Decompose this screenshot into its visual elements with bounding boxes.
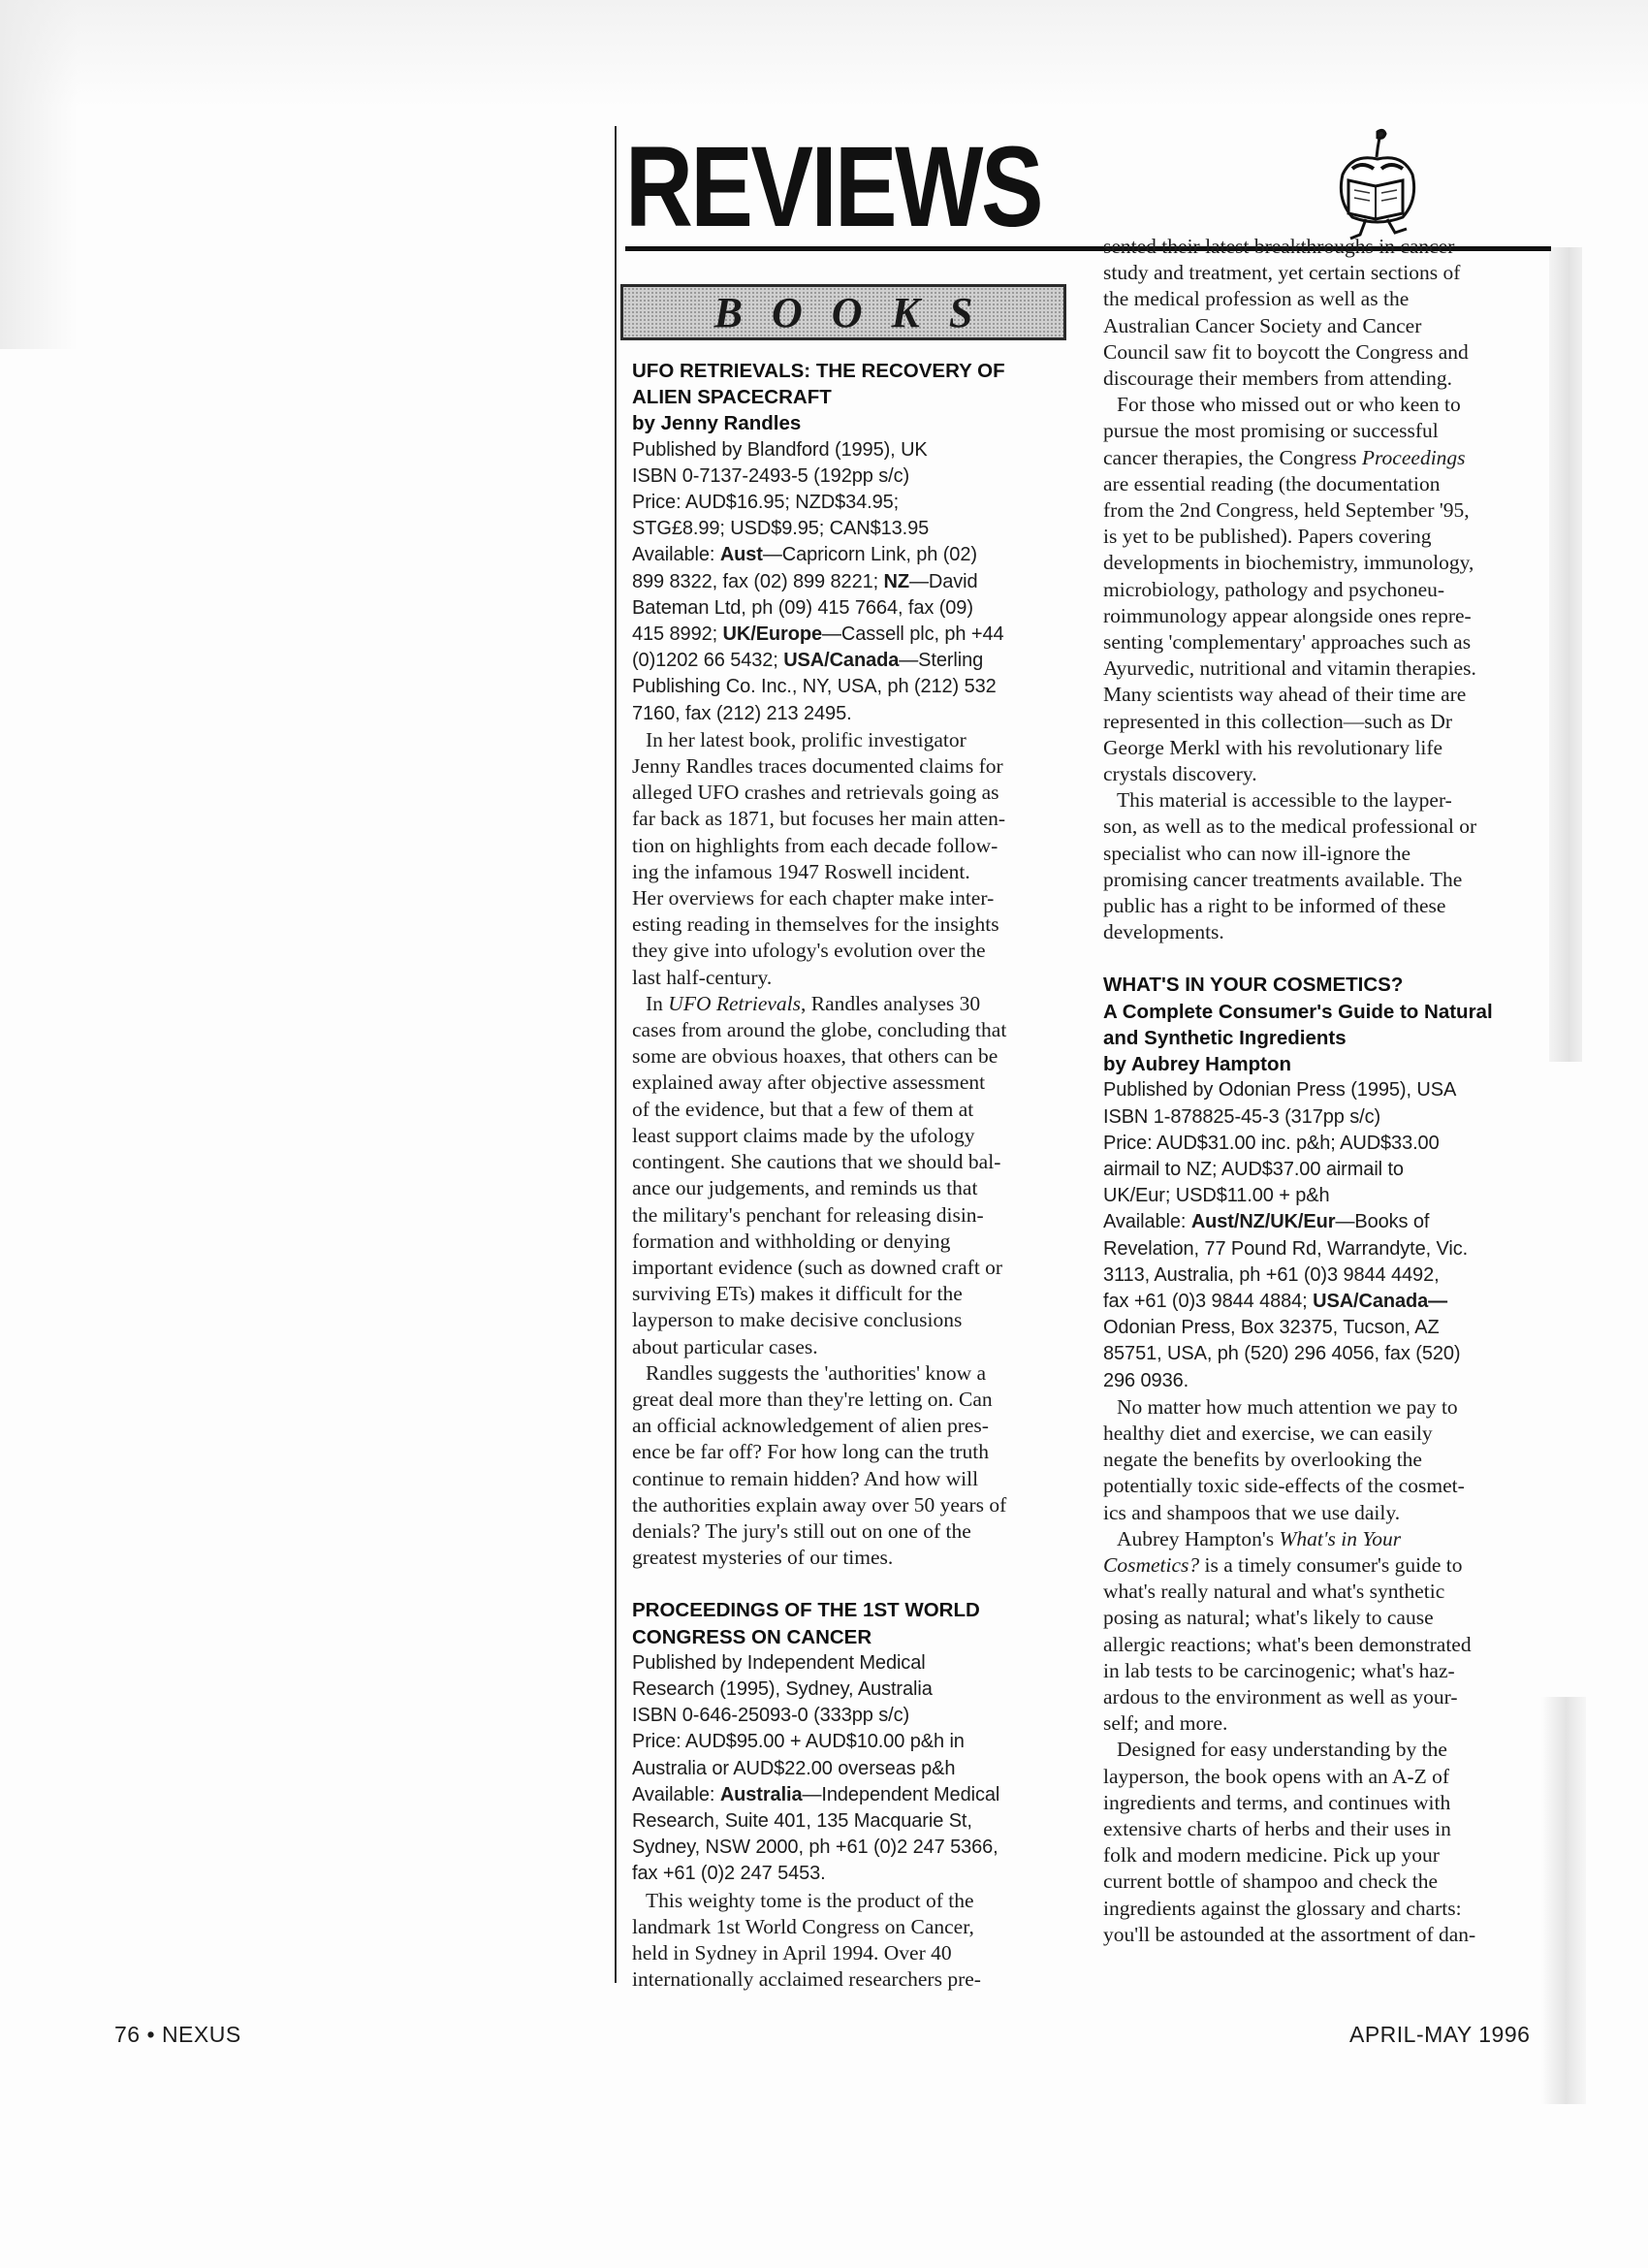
body-line: Jenny Randles traces documented claims f… <box>632 753 1083 780</box>
body-line: alleged UFO crashes and retrievals going… <box>632 780 1083 806</box>
body-text: is a timely consumer's guide to <box>1199 1553 1462 1577</box>
body-line: In UFO Retrievals, Randles analyses 30 <box>632 991 1083 1017</box>
review-body-paragraph: For those who missed out or who keen to … <box>1103 392 1554 787</box>
review-price: Price: AUD$31.00 inc. p&h; AUD$33.00 <box>1103 1131 1554 1157</box>
body-line: formation and withholding or denying <box>632 1229 1083 1255</box>
body-line: senting 'complementary' approaches such … <box>1103 629 1554 655</box>
review-subtitle: and Synthetic Ingredients <box>1103 1025 1554 1051</box>
books-banner: BOOKS <box>620 284 1066 340</box>
review-price: Price: AUD$95.00 + AUD$10.00 p&h in <box>632 1729 1083 1755</box>
review-availability: Odonian Press, Box 32375, Tucson, AZ <box>1103 1315 1554 1341</box>
review-body-paragraph: This weighty tome is the product of the … <box>632 1888 1083 1994</box>
publication-name: NEXUS <box>162 2022 241 2047</box>
availability-label: Available: <box>632 544 720 565</box>
review-price: Price: AUD$16.95; NZD$34.95; <box>632 490 1083 516</box>
book-title-italic: Cosmetics? <box>1103 1553 1199 1577</box>
body-line: continue to remain hidden? And how will <box>632 1466 1083 1492</box>
review-isbn: ISBN 1-878825-45-3 (317pp s/c) <box>1103 1104 1554 1131</box>
body-line: son, as well as to the medical professio… <box>1103 814 1554 840</box>
page-number: 76 <box>114 2022 141 2047</box>
availability-region: UK/Europe <box>723 623 822 645</box>
body-line: ardous to the environment as well as you… <box>1103 1684 1554 1710</box>
body-line: of the evidence, but that a few of them … <box>632 1097 1083 1123</box>
body-line: George Merkl with his revolutionary life <box>1103 735 1554 761</box>
body-line: ence be far off? For how long can the tr… <box>632 1439 1083 1465</box>
availability-text: —Cassell plc, ph +44 <box>822 623 1004 645</box>
review-isbn: ISBN 0-7137-2493-5 (192pp s/c) <box>632 463 1083 490</box>
body-line: in lab tests to be carcinogenic; what's … <box>1103 1658 1554 1684</box>
body-line: Her overviews for each chapter make inte… <box>632 885 1083 911</box>
column-right: sented their latest breakthroughs in can… <box>1103 234 1554 1948</box>
body-line: allergic reactions; what's been demonstr… <box>1103 1632 1554 1658</box>
masthead: REVIEWS <box>625 124 1551 250</box>
body-line: Ayurvedic, nutritional and vitamin thera… <box>1103 655 1554 682</box>
body-line: esting reading in themselves for the ins… <box>632 911 1083 938</box>
body-text: cancer therapies, the Congress <box>1103 446 1362 469</box>
body-text: Aubrey Hampton's <box>1117 1527 1280 1550</box>
body-line: roimmunology appear alongside ones repre… <box>1103 603 1554 629</box>
review-body-paragraph: In her latest book, prolific investigato… <box>632 727 1083 991</box>
reading-apple-mascot-icon <box>1323 126 1430 242</box>
body-line: denials? The jury's still out on one of … <box>632 1518 1083 1545</box>
body-line: study and treatment, yet certain section… <box>1103 260 1554 286</box>
review-price: airmail to NZ; AUD$37.00 airmail to <box>1103 1157 1554 1183</box>
availability-region: USA/Canada <box>783 650 899 671</box>
availability-text: 899 8322, fax (02) 899 8221; <box>632 571 884 592</box>
review-ufo-retrievals: UFO RETRIEVALS: THE RECOVERY OF ALIEN SP… <box>632 358 1083 1571</box>
body-line: greatest mysteries of our times. <box>632 1545 1083 1571</box>
availability-text: 415 8992; <box>632 623 723 645</box>
body-line: tion on highlights from each decade foll… <box>632 833 1083 859</box>
review-availability: Bateman Ltd, ph (09) 415 7664, fax (09) <box>632 595 1083 622</box>
body-line: extensive charts of herbs and their uses… <box>1103 1816 1554 1842</box>
books-label: BOOKS <box>685 288 1002 337</box>
review-body-paragraph: sented their latest breakthroughs in can… <box>1103 234 1554 392</box>
book-title-italic: Proceedings <box>1362 446 1466 469</box>
review-price: UK/Eur; USD$11.00 + p&h <box>1103 1183 1554 1209</box>
review-cancer-congress-continued: sented their latest breakthroughs in can… <box>1103 234 1554 945</box>
body-line: important evidence (such as downed craft… <box>632 1255 1083 1281</box>
body-line: an official acknowledgement of alien pre… <box>632 1413 1083 1439</box>
review-publisher: Published by Odonian Press (1995), USA <box>1103 1077 1554 1103</box>
availability-label: Available: <box>632 1784 720 1805</box>
availability-region: Aust/NZ/UK/Eur <box>1191 1211 1336 1232</box>
review-availability: 3113, Australia, ph +61 (0)3 9844 4492, <box>1103 1262 1554 1289</box>
body-line: developments. <box>1103 919 1554 945</box>
section-gap <box>632 1571 1083 1597</box>
body-line: last half-century. <box>632 965 1083 991</box>
body-line: least support claims made by the ufology <box>632 1123 1083 1149</box>
book-title-italic: What's in Your <box>1280 1527 1402 1550</box>
body-text: , Randles analyses 30 <box>801 992 980 1015</box>
body-line: what's really natural and what's synthet… <box>1103 1579 1554 1605</box>
body-line: For those who missed out or who keen to <box>1103 392 1554 418</box>
body-line: landmark 1st World Congress on Cancer, <box>632 1914 1083 1940</box>
body-line: the medical profession as well as the <box>1103 286 1554 312</box>
availability-region: NZ <box>884 571 909 592</box>
body-line: This weighty tome is the product of the <box>632 1888 1083 1914</box>
column-rule <box>615 126 617 1983</box>
review-price: Australia or AUD$22.00 overseas p&h <box>632 1756 1083 1782</box>
body-line: Designed for easy understanding by the <box>1103 1737 1554 1763</box>
body-line: sented their latest breakthroughs in can… <box>1103 234 1554 260</box>
review-body-paragraph: This material is accessible to the laype… <box>1103 787 1554 945</box>
review-title: UFO RETRIEVALS: THE RECOVERY OF <box>632 358 1083 384</box>
body-line: Council saw fit to boycott the Congress … <box>1103 339 1554 366</box>
body-line: This material is accessible to the laype… <box>1103 787 1554 814</box>
review-author: by Jenny Randles <box>632 410 1083 436</box>
review-whats-in-your-cosmetics: WHAT'S IN YOUR COSMETICS? A Complete Con… <box>1103 972 1554 1948</box>
body-line: ance our judgements, and reminds us that <box>632 1175 1083 1201</box>
review-availability: 899 8322, fax (02) 899 8221; NZ—David <box>632 569 1083 595</box>
review-body-paragraph: In UFO Retrievals, Randles analyses 30 c… <box>632 991 1083 1360</box>
body-line: cancer therapies, the Congress Proceedin… <box>1103 445 1554 471</box>
availability-text: —Capricorn Link, ph (02) <box>763 544 977 565</box>
availability-label: Available: <box>1103 1211 1191 1232</box>
body-line: ing the infamous 1947 Roswell incident. <box>632 859 1083 885</box>
footer-bullet: • <box>146 2022 155 2047</box>
body-line: microbiology, pathology and psychoneu- <box>1103 577 1554 603</box>
body-line: current bottle of shampoo and check the <box>1103 1869 1554 1895</box>
availability-text: —Sterling <box>899 650 983 671</box>
body-line: you'll be astounded at the assortment of… <box>1103 1922 1554 1948</box>
body-text: In <box>646 992 668 1015</box>
availability-region: Australia <box>720 1784 803 1805</box>
review-isbn: ISBN 0-646-25093-0 (333pp s/c) <box>632 1703 1083 1729</box>
body-line: held in Sydney in April 1994. Over 40 <box>632 1940 1083 1966</box>
body-line: No matter how much attention we pay to <box>1103 1394 1554 1421</box>
review-availability: Publishing Co. Inc., NY, USA, ph (212) 5… <box>632 674 1083 700</box>
review-title: PROCEEDINGS OF THE 1ST WORLD <box>632 1597 1083 1623</box>
body-line: In her latest book, prolific investigato… <box>632 727 1083 753</box>
body-line: Randles suggests the 'authorities' know … <box>632 1360 1083 1387</box>
review-body-paragraph: No matter how much attention we pay to h… <box>1103 1394 1554 1526</box>
section-title: REVIEWS <box>625 124 1041 250</box>
body-line: posing as natural; what's likely to caus… <box>1103 1605 1554 1631</box>
body-line: cases from around the globe, concluding … <box>632 1017 1083 1043</box>
body-line: Aubrey Hampton's What's in Your <box>1103 1526 1554 1552</box>
review-subtitle: A Complete Consumer's Guide to Natural <box>1103 999 1554 1025</box>
review-body-paragraph: Randles suggests the 'authorities' know … <box>632 1360 1083 1572</box>
body-line: explained away after objective assessmen… <box>632 1070 1083 1096</box>
scan-shading-right <box>1549 247 1582 1062</box>
review-availability: 415 8992; UK/Europe—Cassell plc, ph +44 <box>632 622 1083 648</box>
body-line: they give into ufology's evolution over … <box>632 938 1083 964</box>
body-line: potentially toxic side-effects of the co… <box>1103 1473 1554 1499</box>
body-line: surviving ETs) makes it difficult for th… <box>632 1281 1083 1307</box>
body-line: Australian Cancer Society and Cancer <box>1103 313 1554 339</box>
section-gap <box>1103 945 1554 972</box>
review-publisher: Published by Independent Medical <box>632 1650 1083 1677</box>
body-line: Cosmetics? is a timely consumer's guide … <box>1103 1552 1554 1579</box>
body-line: from the 2nd Congress, held September '9… <box>1103 497 1554 524</box>
scan-shading-left <box>0 0 78 349</box>
availability-text: —Books of <box>1335 1211 1429 1232</box>
review-availability: 85751, USA, ph (520) 296 4056, fax (520) <box>1103 1341 1554 1367</box>
body-line: pursue the most promising or successful <box>1103 418 1554 444</box>
body-line: about particular cases. <box>632 1334 1083 1360</box>
body-line: crystals discovery. <box>1103 761 1554 787</box>
body-line: internationally acclaimed researchers pr… <box>632 1966 1083 1993</box>
body-line: are essential reading (the documentation <box>1103 471 1554 497</box>
body-line: some are obvious hoaxes, that others can… <box>632 1043 1083 1070</box>
review-availability: (0)1202 66 5432; USA/Canada—Sterling <box>632 648 1083 674</box>
body-line: Many scientists way ahead of their time … <box>1103 682 1554 708</box>
body-line: contingent. She cautions that we should … <box>632 1149 1083 1175</box>
review-title: WHAT'S IN YOUR COSMETICS? <box>1103 972 1554 998</box>
body-line: layperson to make decisive conclusions <box>632 1307 1083 1333</box>
body-line: folk and modern medicine. Pick up your <box>1103 1842 1554 1869</box>
body-line: promising cancer treatments available. T… <box>1103 867 1554 893</box>
availability-region: Aust <box>720 544 763 565</box>
review-availability: fax +61 (0)2 247 5453. <box>632 1861 1083 1887</box>
body-line: layperson, the book opens with an A-Z of <box>1103 1764 1554 1790</box>
availability-text: fax +61 (0)3 9844 4884; <box>1103 1291 1313 1312</box>
page-footer-left: 76 • NEXUS <box>114 2022 241 2048</box>
body-line: public has a right to be informed of the… <box>1103 893 1554 919</box>
review-price: STG£8.99; USD$9.95; CAN$13.95 <box>632 516 1083 542</box>
review-publisher: Research (1995), Sydney, Australia <box>632 1677 1083 1703</box>
review-title: ALIEN SPACECRAFT <box>632 384 1083 410</box>
book-title-italic: UFO Retrievals <box>668 992 801 1015</box>
body-line: far back as 1871, but focuses her main a… <box>632 806 1083 832</box>
body-line: ics and shampoos that we use daily. <box>1103 1500 1554 1526</box>
availability-text: —Independent Medical <box>803 1784 1000 1805</box>
review-availability: Available: Australia—Independent Medical <box>632 1782 1083 1808</box>
review-body-paragraph: Designed for easy understanding by the l… <box>1103 1737 1554 1948</box>
body-line: negate the benefits by overlooking the <box>1103 1447 1554 1473</box>
review-cancer-congress: PROCEEDINGS OF THE 1ST WORLD CONGRESS ON… <box>632 1597 1083 1993</box>
review-availability: 296 0936. <box>1103 1368 1554 1394</box>
body-line: the authorities explain away over 50 yea… <box>632 1492 1083 1518</box>
body-line: specialist who can now ill-ignore the <box>1103 841 1554 867</box>
body-line: ingredients and terms, and continues wit… <box>1103 1790 1554 1816</box>
availability-text: —David <box>909 571 978 592</box>
body-line: developments in biochemistry, immunology… <box>1103 550 1554 576</box>
availability-text: (0)1202 66 5432; <box>632 650 783 671</box>
review-availability: fax +61 (0)3 9844 4884; USA/Canada— <box>1103 1289 1554 1315</box>
column-left: UFO RETRIEVALS: THE RECOVERY OF ALIEN SP… <box>632 358 1083 1993</box>
review-body-paragraph: Aubrey Hampton's What's in Your Cosmetic… <box>1103 1526 1554 1738</box>
body-line: the military's penchant for releasing di… <box>632 1202 1083 1229</box>
review-availability: Available: Aust/NZ/UK/Eur—Books of <box>1103 1209 1554 1235</box>
body-line: ingredients against the glossary and cha… <box>1103 1896 1554 1922</box>
body-line: self; and more. <box>1103 1710 1554 1737</box>
review-availability: Available: Aust—Capricorn Link, ph (02) <box>632 542 1083 568</box>
issue-date: APRIL-MAY 1996 <box>1349 2022 1530 2048</box>
availability-region: USA/Canada— <box>1313 1291 1447 1312</box>
review-title: CONGRESS ON CANCER <box>632 1624 1083 1650</box>
review-availability: Research, Suite 401, 135 Macquarie St, <box>632 1808 1083 1835</box>
body-line: represented in this collection—such as D… <box>1103 709 1554 735</box>
review-author: by Aubrey Hampton <box>1103 1051 1554 1077</box>
body-line: discourage their members from attending. <box>1103 366 1554 392</box>
review-availability: Sydney, NSW 2000, ph +61 (0)2 247 5366, <box>632 1835 1083 1861</box>
body-line: great deal more than they're letting on.… <box>632 1387 1083 1413</box>
body-line: is yet to be published). Papers covering <box>1103 524 1554 550</box>
review-availability: Revelation, 77 Pound Rd, Warrandyte, Vic… <box>1103 1236 1554 1262</box>
review-publisher: Published by Blandford (1995), UK <box>632 437 1083 463</box>
body-line: healthy diet and exercise, we can easily <box>1103 1421 1554 1447</box>
scan-shading-top <box>0 0 1648 107</box>
review-availability: 7160, fax (212) 213 2495. <box>632 701 1083 727</box>
